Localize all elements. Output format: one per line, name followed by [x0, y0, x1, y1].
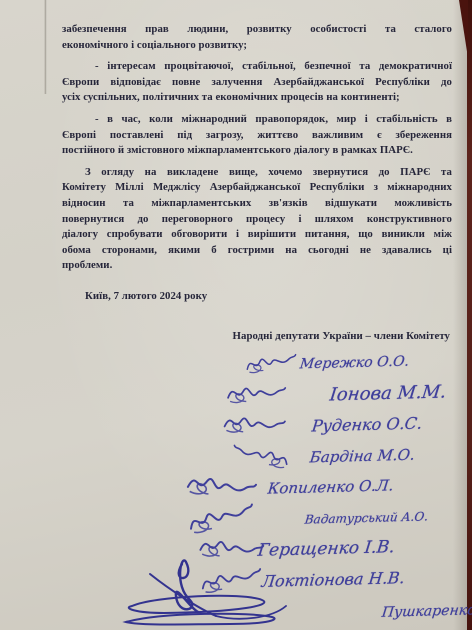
date-line: Київ, 7 лютого 2024 року	[85, 289, 452, 305]
text-line: Європі поставлені під загрозу, життєво в…	[62, 128, 452, 144]
signature-name: Копиленко О.Л.	[267, 476, 395, 497]
signature-row: Копиленко О.Л.	[62, 471, 454, 502]
text-line: Європи відповідає повне залучення Азерба…	[62, 75, 452, 91]
signature-flourish-icon	[231, 440, 290, 470]
signature-name: Бардіна М.О.	[309, 445, 416, 466]
text-line: - інтересам процвітаючої, стабільної, бе…	[62, 59, 452, 75]
text-line: повернутися до переговорного процесу і ш…	[62, 212, 452, 228]
signature-name: Пушкаренко А.М.	[381, 601, 472, 620]
text-line: економічного і соціального розвитку;	[62, 38, 452, 54]
signature-flourish-icon	[225, 379, 286, 408]
signature-scribble-icon	[120, 556, 290, 630]
signature-name: Руденко О.С.	[311, 414, 424, 436]
signature-name: Вадатурський А.О.	[304, 509, 429, 526]
text-line: забезпечення прав людини, розвитку особи…	[62, 22, 452, 38]
scanned-letter-page: забезпечення прав людини, розвитку особи…	[0, 0, 472, 630]
text-line: Комітету Міллі Меджлісу Азербайджанської…	[62, 180, 452, 196]
signature-name: Мережко О.О.	[299, 353, 410, 372]
letter-body: забезпечення прав людини, розвитку особи…	[62, 22, 452, 274]
signature-row: Бардіна М.О.	[62, 440, 454, 471]
signature-row: Іонова М.М.	[62, 378, 454, 409]
text-line: обома сторонами, якими б гострими на сьо…	[62, 243, 452, 259]
text-line: постійного й змістовного міжпарламентськ…	[62, 143, 452, 159]
signature-flourish-icon	[221, 407, 287, 443]
signature-row: Руденко О.С.	[62, 409, 454, 440]
letter-content: забезпечення прав людини, розвитку особи…	[62, 22, 452, 344]
text-line: З огляду на викладене вище, хочемо зверн…	[62, 165, 452, 181]
text-line: усіх суспільних, політичних та економічн…	[62, 90, 452, 106]
signature-row: Мережко О.О.	[62, 347, 454, 378]
signature-name: Іонова М.М.	[329, 381, 448, 405]
signature-row: Вадатурський А.О.	[62, 502, 454, 533]
text-line: - в час, коли міжнародний правопорядок, …	[62, 112, 452, 128]
signers-heading: Народні депутати України – члени Комітет…	[62, 329, 452, 345]
text-line: діалогу спробувати обговорити і вирішити…	[62, 227, 452, 243]
signature-flourish-icon	[186, 499, 257, 537]
text-line: відносин та міжпарламентських зв'язків в…	[62, 196, 452, 212]
photo-background-edge	[467, 0, 472, 630]
paper-crease	[44, 0, 47, 94]
text-line: проблеми.	[62, 258, 452, 274]
signature-flourish-icon	[244, 350, 297, 375]
paper-edge-shadow	[453, 0, 467, 630]
